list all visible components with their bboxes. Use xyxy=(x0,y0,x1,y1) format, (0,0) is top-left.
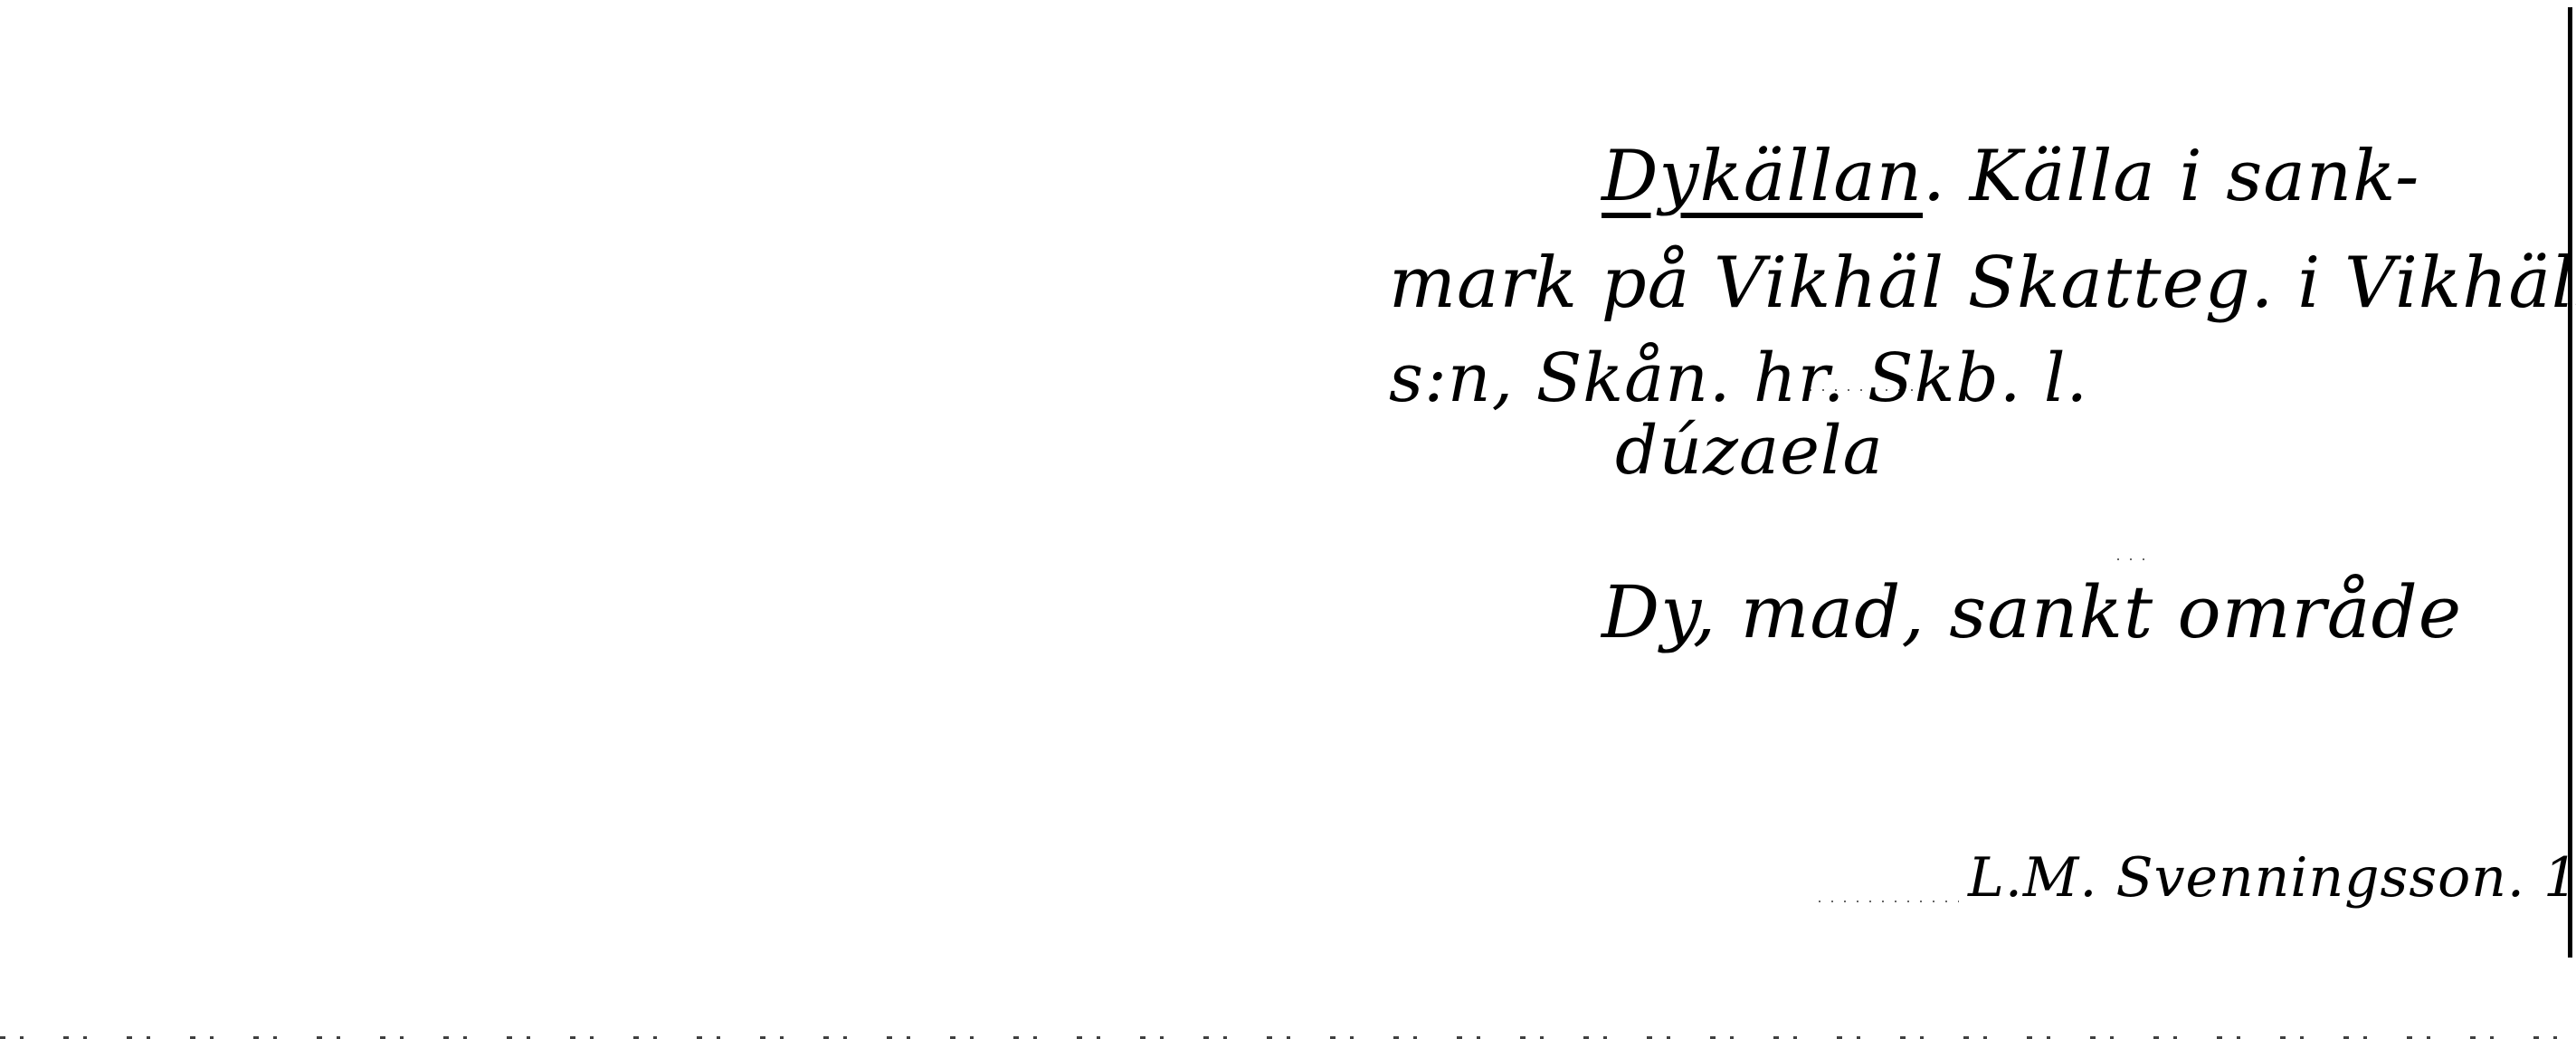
collector-signature: L.M. Svenningsson. 1950 xyxy=(1968,846,2576,910)
entry-line-2: mark på Vikhäl Skatteg. i Vikhäls xyxy=(1389,243,2576,324)
scan-speckle xyxy=(2117,558,2153,560)
headword: Dykällan xyxy=(1602,136,1923,217)
scan-speckle xyxy=(1810,389,1918,391)
card-right-edge xyxy=(2568,7,2572,958)
index-card: Dykällan. Källa i sank- mark på Vikhäl S… xyxy=(0,0,2576,1039)
definition: Dy, mad, sankt område xyxy=(1602,570,2462,654)
phonetic-transcription: dúzaela xyxy=(1615,412,1884,490)
scan-speckle xyxy=(1819,901,1959,902)
entry-line-1: Dykällan. Källa i sank- xyxy=(1602,136,2419,217)
entry-line-3: s:n, Skån. hr. Skb. l. xyxy=(1389,339,2088,417)
entry-line-1-rest: . Källa i sank- xyxy=(1923,136,2419,217)
